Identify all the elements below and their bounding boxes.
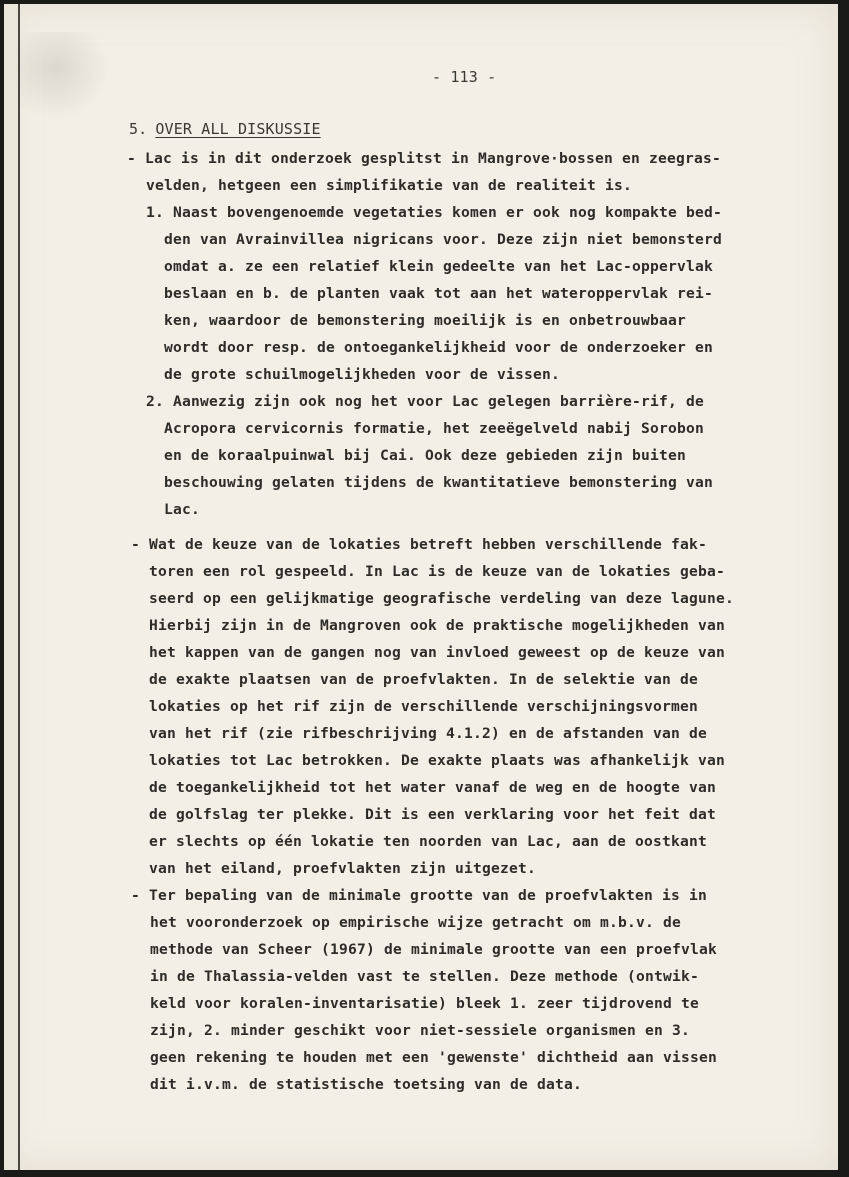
text-line: - Wat de keuze van de lokaties betreft h… [131,536,707,553]
text-line: Hierbij zijn in de Mangroven ook de prak… [149,617,725,634]
text-line: beslaan en b. de planten vaak tot aan he… [164,285,713,302]
section-heading: 5.OVER ALL DISKUSSIE [129,120,321,138]
text-line: - Lac is in dit onderzoek gesplitst in M… [127,150,721,167]
text-line: zijn, 2. minder geschikt voor niet-sessi… [150,1022,690,1039]
text-line: velden, hetgeen een simplifikatie van de… [146,177,632,194]
text-line: keld voor koralen-inventarisatie) bleek … [150,995,699,1012]
text-line: de exakte plaatsen van de proefvlakten. … [149,671,698,688]
text-line: - Ter bepaling van de minimale grootte v… [131,887,707,904]
text-line: beschouwing gelaten tijdens de kwantitat… [164,474,713,491]
text-line: de toegankelijkheid tot het water vanaf … [149,779,716,796]
scan-smudge [20,32,110,122]
text-line: het vooronderzoek op empirische wijze ge… [150,914,681,931]
text-line: ken, waardoor de bemonstering moeilijk i… [164,312,686,329]
text-line: 2. Aanwezig zijn ook nog het voor Lac ge… [146,393,704,410]
scanned-page: - 113 - 5.OVER ALL DISKUSSIE - Lac is in… [4,4,838,1170]
page-number: - 113 - [432,68,496,86]
text-line: wordt door resp. de ontoegankelijkheid v… [164,339,713,356]
text-line: lokaties op het rif zijn de verschillend… [149,698,698,715]
page-binding-edge [4,4,20,1170]
text-line: 1. Naast bovengenoemde vegetaties komen … [146,204,722,221]
text-line: methode van Scheer (1967) de minimale gr… [150,941,717,958]
text-line: dit i.v.m. de statistische toetsing van … [150,1076,582,1093]
section-number: 5. [129,120,147,138]
text-line: de grote schuilmogelijkheden voor de vis… [164,366,560,383]
text-line: in de Thalassia-velden vast te stellen. … [150,968,699,985]
text-line: den van Avrainvillea nigricans voor. Dez… [164,231,722,248]
text-line: en de koraalpuinwal bij Cai. Ook deze ge… [164,447,686,464]
text-line: er slechts op één lokatie ten noorden va… [149,833,707,850]
text-line: seerd op een gelijkmatige geografische v… [149,590,734,607]
text-line: Acropora cervicornis formatie, het zeeëg… [164,420,704,437]
text-line: Lac. [164,501,200,518]
text-line: het kappen van de gangen nog van invloed… [149,644,725,661]
section-title: OVER ALL DISKUSSIE [155,120,320,138]
text-line: omdat a. ze een relatief klein gedeelte … [164,258,713,275]
text-line: de golfslag ter plekke. Dit is een verkl… [149,806,716,823]
text-line: van het rif (zie rifbeschrijving 4.1.2) … [149,725,707,742]
text-line: lokaties tot Lac betrokken. De exakte pl… [149,752,725,769]
text-line: geen rekening te houden met een 'gewenst… [150,1049,717,1066]
text-line: toren een rol gespeeld. In Lac is de keu… [149,563,725,580]
text-line: van het eiland, proefvlakten zijn uitgez… [149,860,536,877]
